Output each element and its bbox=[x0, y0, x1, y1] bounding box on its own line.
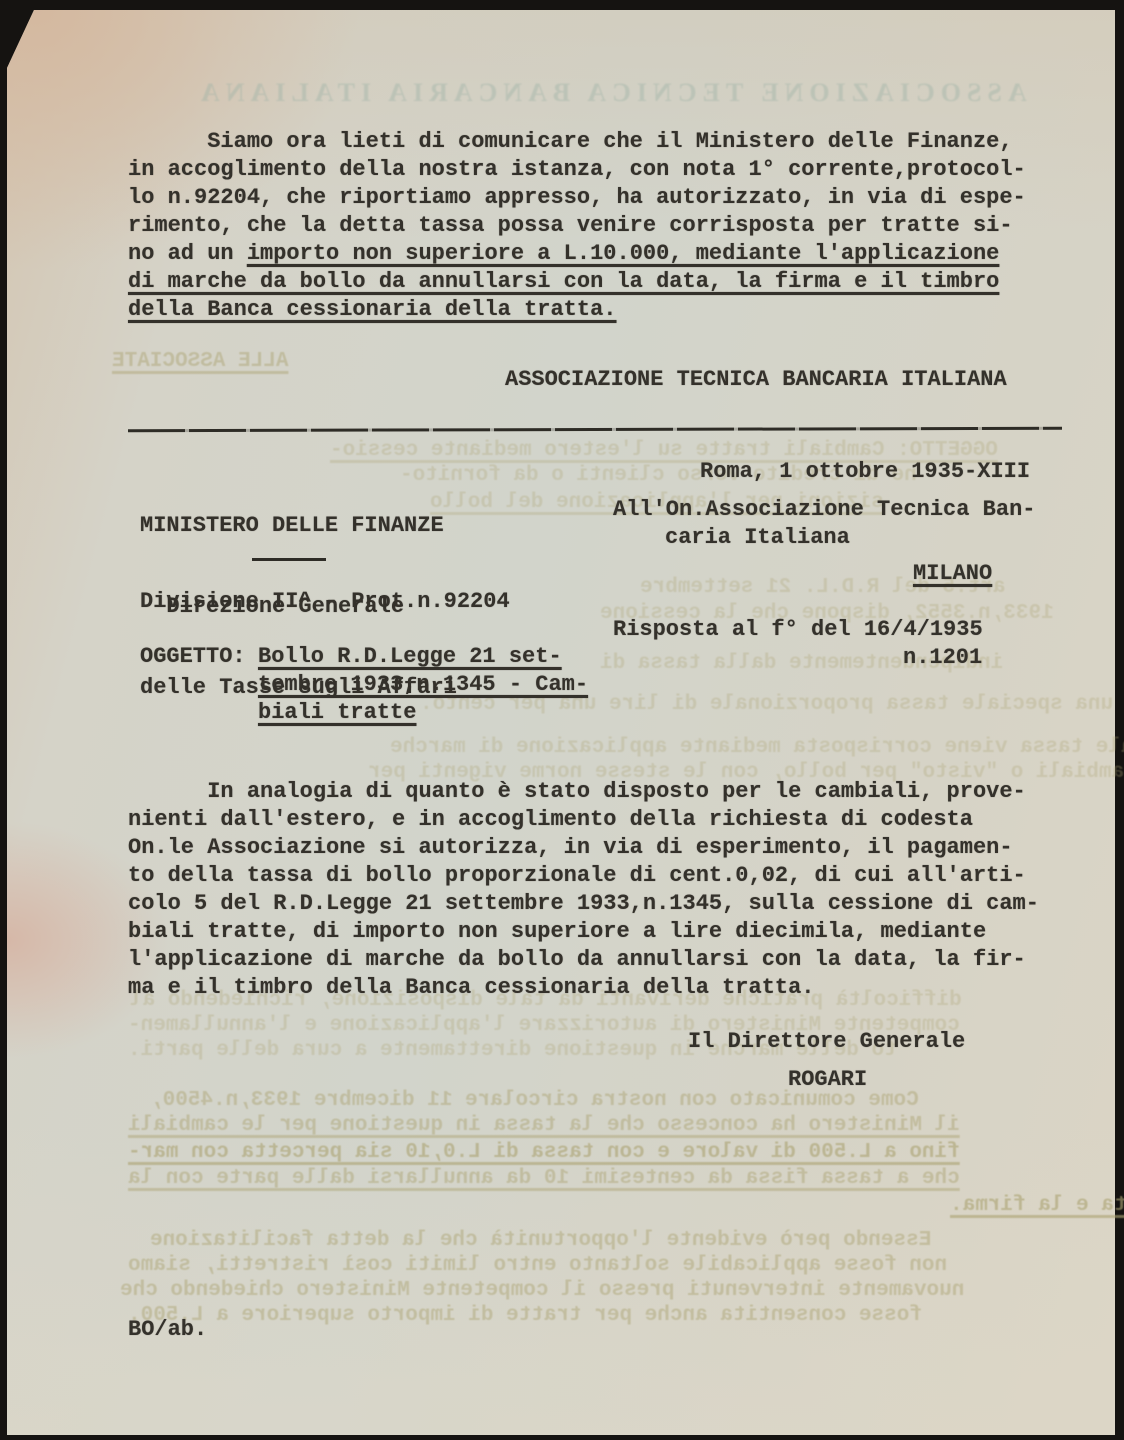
bleedthrough-line: che a tassa fissa da centesimi 10 da ann… bbox=[128, 1166, 960, 1191]
association-name: ASSOCIAZIONE TECNICA BANCARIA ITALIANA bbox=[505, 366, 1007, 394]
text-line: biali tratte bbox=[258, 699, 588, 727]
text-line: l'applicazione di marche da bollo da ann… bbox=[128, 946, 1039, 974]
subject-text: Bollo R.D.Legge 21 set-tembre 1933,n.134… bbox=[258, 643, 588, 727]
text-line: tembre 1933,n.1345 - Cam- bbox=[258, 671, 588, 699]
text-line: biali tratte, di importo non superiore a… bbox=[128, 918, 1039, 946]
bleedthrough-line: non fosse applicabile soltanto entro lim… bbox=[128, 1253, 947, 1278]
sender-short-rule bbox=[252, 558, 326, 561]
bleedthrough-line: il Ministero ha concesso che la tassa in… bbox=[128, 1113, 960, 1138]
divider-rule bbox=[128, 427, 1062, 432]
text-line: In analogia di quanto è stato disposto p… bbox=[128, 778, 1039, 806]
paragraph-1: Siamo ora lieti di comunicare che il Min… bbox=[128, 128, 1026, 324]
text-line: colo 5 del R.D.Legge 21 settembre 1933,n… bbox=[128, 890, 1039, 918]
recipient-city: MILANO bbox=[913, 560, 992, 588]
bleedthrough-line: data e la firma. bbox=[950, 1193, 1124, 1218]
bleedthrough-line: Tale tassa viene corrisposta mediante ap… bbox=[390, 735, 1124, 760]
text-line: Siamo ora lieti di comunicare che il Min… bbox=[128, 128, 1026, 156]
text-line: nienti dall'estero, e in accoglimento de… bbox=[128, 806, 1039, 834]
text-line: ma e il timbro della Banca cessionaria d… bbox=[128, 974, 1039, 1002]
sender-line-1: MINISTERO DELLE FINANZE bbox=[140, 512, 457, 539]
reference-line-2: n.1201 bbox=[903, 644, 982, 672]
bleedthrough-line: ALLE ASSOCIATE bbox=[112, 349, 288, 374]
text-line: no ad un importo non superiore a L.10.00… bbox=[128, 240, 1026, 268]
bleedthrough-line: fino a L.500 di valore e con tassa di L.… bbox=[128, 1140, 960, 1165]
signature-name: ROGARI bbox=[788, 1066, 867, 1094]
text-line: Bollo R.D.Legge 21 set- bbox=[258, 643, 588, 671]
typist-initials: BO/ab. bbox=[128, 1316, 207, 1344]
text-line: On.le Associazione si autorizza, in via … bbox=[128, 834, 1039, 862]
division-protocol: Divisione II^ - Prot.n.92204 bbox=[140, 588, 510, 616]
text-line: in accoglimento della nostra istanza, co… bbox=[128, 156, 1026, 184]
text-line: di marche da bollo da annullarsi con la … bbox=[128, 268, 1026, 296]
bleedthrough-line: ASSOCIAZIONE TECNICA BANCARIA ITALIANA bbox=[195, 80, 1027, 105]
scanned-letter-photo: { "document": { "paragraph1": { "lines":… bbox=[0, 0, 1124, 1440]
recipient-line-1: All'On.Associazione Tecnica Ban- bbox=[613, 496, 1035, 524]
bleedthrough-line: Essendo però evidente l'opportunità che … bbox=[150, 1228, 931, 1253]
text-line: to della tassa di bollo proporzionale di… bbox=[128, 862, 1039, 890]
date-line: Roma, 1 ottobre 1935-XIII bbox=[700, 458, 1030, 486]
subject-label: OGGETTO: bbox=[140, 643, 246, 671]
text-line: lo n.92204, che riportiamo appresso, ha … bbox=[128, 184, 1026, 212]
signature-title: Il Direttore Generale bbox=[688, 1028, 965, 1056]
reference-line-1: Risposta al f° del 16/4/1935 bbox=[613, 616, 983, 644]
paragraph-2: In analogia di quanto è stato disposto p… bbox=[128, 778, 1039, 1002]
text-line: rimento, che la detta tassa possa venire… bbox=[128, 212, 1026, 240]
letter-content: ASSOCIAZIONE TECNICA BANCARIA ITALIANAAL… bbox=[0, 0, 1124, 1440]
bleedthrough-line: fosse consentita anche per tratte di imp… bbox=[128, 1303, 922, 1328]
bleedthrough-line: nuovamente intervenuti presso il compete… bbox=[120, 1278, 964, 1303]
recipient-line-2: caria Italiana bbox=[665, 524, 850, 552]
text-line: della Banca cessionaria della tratta. bbox=[128, 296, 1026, 324]
